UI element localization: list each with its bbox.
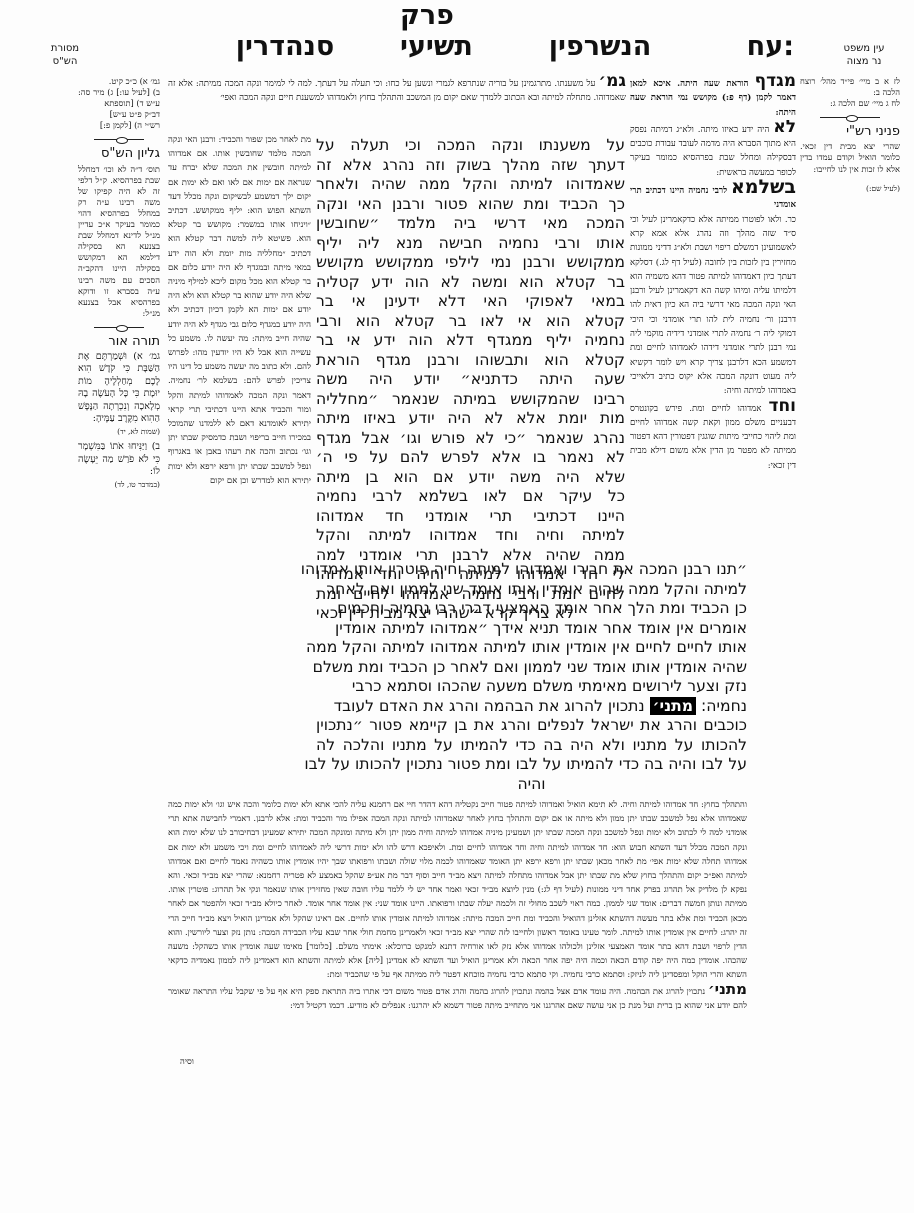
- gemara-line: שעה היתה כדתניא״ יודע היה משה: [316, 370, 625, 390]
- masoret-line: ב) [לעיל עו:] ג) מיר סה: ע״ש ד) [תוספתא: [78, 87, 160, 109]
- commentary-text: והתהלך בחוץ: חד אמדוהו למיתה וחיה. לא תי…: [168, 799, 747, 979]
- gemara-line: במאי לאפוקי האי דלא ידעינן אי בר: [316, 292, 625, 312]
- tosafot-top: גמ׳ על משענתו. מתרגמינן על בוריה שנתרפא …: [168, 74, 626, 106]
- chapter-name: הנשרפין: [555, 28, 645, 62]
- rashi-headword: בשלמא: [731, 176, 796, 198]
- gemara-line: נהרג שנאמר ״כי לא פורש וגו׳ אבל מגדף: [316, 429, 625, 449]
- mishnah-last-word: והיה: [316, 775, 747, 795]
- gemara-line: קטלא הוא אי לאו בר קטלא הוא ורבי: [316, 312, 625, 332]
- gemara-line: כל עיקר אם לאו בשלמא לרבי נחמיה: [316, 487, 625, 507]
- tosafot-text: על משענתו. מתרגמינן על בוריה שנתרפא לגמר…: [168, 79, 626, 103]
- gemara-line: ממקושש ורבנן נמי לילפי ממקושש מקושש: [316, 253, 625, 273]
- gemara-line: כך הכביד ומת שהוא פטור ורבנן האי ונקה: [316, 195, 625, 215]
- rashi-column: מגדף הוראת שעה היתה. איכא למאן דאמר לקמן…: [630, 74, 796, 473]
- gemara-main-column: על משענתו ונקה המכה וכי תעלה על דעתך שזה…: [316, 136, 625, 624]
- chapter-number: פרק תשיעי: [400, 28, 510, 62]
- gemara-line: כן הכביד ומת הלך אחר אומד האמצעי דברי רב…: [375, 599, 747, 619]
- gemara-line: מות יומת אלא לא היה יודע באיזו מיתה: [316, 409, 625, 429]
- gemara-line: ״תנו רבנן המכה את חבירו ואמדוהו למיתה וח…: [375, 560, 747, 580]
- tosafot-body: מת לאחר מכן שפור והכביד: ורבנן האי ונקה …: [168, 135, 311, 486]
- mishnah-marker: מתני׳: [650, 697, 697, 715]
- gilyon-hashas-text: תוס׳ ד״ה לא וכו׳ דמחלל שבת בפרהסיא. ק״ל …: [78, 164, 160, 319]
- gemara-line: למיתה וחיה וחד אמדוהו למיתה והקל: [316, 526, 625, 546]
- mishnah-commentary-text: נתכוין להרוג את הבהמה. היה עומד אדם אצל …: [168, 986, 747, 1010]
- mishnah-line: נחמיה: מתני׳ נתכוין להרוג את הבהמה והרג …: [375, 697, 747, 717]
- rashi-headword: לא: [773, 117, 796, 137]
- ornament-divider: [94, 139, 143, 140]
- hashas-label: הש"ס: [30, 55, 100, 68]
- gemara-wide-block: ״תנו רבנן המכה את חבירו ואמדוהו למיתה וח…: [375, 560, 747, 716]
- gemara-line: נזק וצער לירושים מאימתי משלם משעה שהכהו …: [375, 677, 747, 697]
- rashi-body: כר. ולאו לפוטרו ממיתה אלא כדקאמרינן לעיל…: [630, 213, 796, 399]
- tractate-name: סנהדרין: [230, 28, 340, 62]
- gemara-line: על משענתו ונקה המכה וכי תעלה על: [316, 136, 625, 156]
- pninei-rashi-ref: (לעיל שם:): [800, 183, 900, 194]
- gemara-line: רבינו שהמקושש במיתה שנאמר ״מחלליה: [316, 390, 625, 410]
- gemara-line: דעתך שזה מהלך בשוק וזה נהרג אלא זה: [316, 156, 625, 176]
- ein-mishpat-column: לז א ב מיי׳ פי״ד מהל׳ רוצח הלכה ב: לח ג …: [800, 76, 900, 194]
- mishnah-line: כוכבים והרג את ישראל לנפלים והרג את בן ק…: [316, 716, 747, 736]
- gemara-line: אומרים אין אומד אחר אומד תניא אידך ״אמדו…: [375, 619, 747, 639]
- ornament-divider: [94, 327, 143, 328]
- gemara-line: אותו לחיים לחיים אין אומדין אותו למיתה א…: [375, 638, 747, 658]
- mishnah-lines: כוכבים והרג את ישראל לנפלים והרג את בן ק…: [316, 716, 747, 794]
- pninei-rashi-title: פניני רש"י: [800, 126, 900, 137]
- rashi-headword: וחד: [768, 396, 796, 416]
- pninei-rashi-text: שהרי יצא מבית דין זכאי. כלומר הואיל וקוד…: [800, 141, 900, 174]
- mishnah-prefix: נחמיה:: [701, 697, 747, 715]
- catchword: וסיה: [180, 1054, 194, 1068]
- torah-or-verse: ב) וַיַּנִּיחוּ אֹתוֹ בַּמִּשְׁמָר כִּי …: [78, 441, 160, 479]
- gemara-line: שלא היה משה יודע אם הוא בן מיתה: [316, 468, 625, 488]
- tosafot-column: מת לאחר מכן שפור והכביד: ורבנן האי ונקה …: [168, 133, 311, 488]
- rashi-text: היה ידע באיזו מיתה. ולא״ג דמיתה נפסק היא…: [630, 125, 796, 178]
- ein-mishpat-heading: עין משפט נר מצוה: [834, 42, 894, 68]
- gemara-line: שהיה אומדין אותו אומד שני לממון ואם לאחר…: [375, 658, 747, 678]
- masoret-line: גמ׳ א) כ״כ קיט.: [78, 76, 160, 87]
- ein-mishpat-entry: לח ג מיי׳ שם הלכה ג:: [800, 98, 900, 109]
- masoret-label: מסורת: [30, 42, 100, 55]
- gemara-line: שאמדוהו למיתה והקל ממה שהיה ולאחר: [316, 175, 625, 195]
- mishnah-commentary-headword: מתני׳: [708, 980, 747, 998]
- masoret-line: דב״ק פ״ט ע״ש]: [78, 109, 160, 120]
- mishnah-text: נתכוין להרוג את הבהמה והרג את האדם לעובד: [334, 697, 645, 715]
- torah-or-verse: גמ׳ א) וּשְׁמַרְתֶּם אֶת הַשַּׁבָּת כִּי…: [78, 351, 160, 426]
- gemara-line: היינו דכתיבי תרי אומדני חד אמדוהו: [316, 507, 625, 527]
- daf-number: עח:: [734, 28, 794, 62]
- ornament-divider: [820, 117, 880, 118]
- mishnah-line: להכותו על מתניו ולא היה בה כדי להמיתו על…: [316, 736, 747, 756]
- ein-mishpat-label: עין משפט: [834, 42, 894, 55]
- ein-mishpat-entry: לז א ב מיי׳ פי״ד מהל׳ רוצח הלכה ב:: [800, 76, 900, 98]
- gemara-line: המכה מאי דרשי ביה מלמד ״שחובשין: [316, 214, 625, 234]
- gemara-line: קטלא הוא ותבשוהו ורבנן מגדף הוראת: [316, 351, 625, 371]
- gemara-line: לא נאמר בו אלא לפרש להם על פי ה׳: [316, 448, 625, 468]
- mishnah-line: על לבו והיה בה כדי להמיתו על לבו ומת פטו…: [316, 755, 747, 775]
- gemara-line: בר קטלא הוא ומשה לא הוה ידע קטליה: [316, 273, 625, 293]
- ner-mitzvah-label: נר מצוה: [834, 55, 894, 68]
- gemara-line: אותו ורבי נחמיה חבישה מנא ליה יליף: [316, 234, 625, 254]
- masoret-hashas-column: גמ׳ א) כ״כ קיט. ב) [לעיל עו:] ג) מיר סה:…: [78, 76, 160, 490]
- tosafot-wide-commentary: והתהלך בחוץ: חד אמדוהו למיתה וחיה. לא תי…: [168, 797, 747, 1012]
- torah-or-ref: (במדבר טו, לד): [78, 479, 160, 490]
- gemara-line: למיתה והקל ממה שהיה אומדין אותו אומד שני…: [375, 580, 747, 600]
- torah-or-ref: (שמות לא, יד): [78, 426, 160, 437]
- masoret-line: רש״י ה) [לקמן פ:]: [78, 120, 160, 131]
- torah-or-title: תורה אור: [78, 336, 160, 347]
- tosafot-headword: גמ׳: [599, 71, 626, 91]
- gilyon-hashas-title: גליון הש"ס: [78, 148, 160, 159]
- gemara-line: נחמיה יליף ממגדף דלא הוה ידע אי בר: [316, 331, 625, 351]
- rashi-headword: מגדף: [755, 71, 796, 91]
- masoret-heading: מסורת הש"ס: [30, 42, 100, 68]
